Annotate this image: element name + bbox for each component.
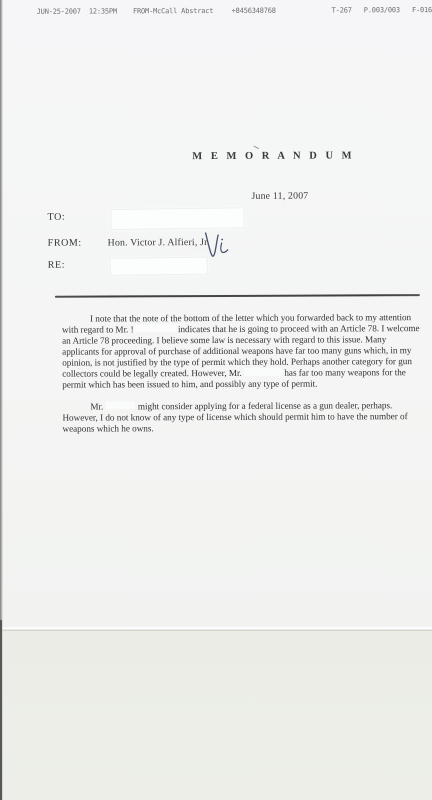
document-content: JUN-25-2007 12:35PM FROM-McCall Abstract… bbox=[0, 0, 432, 800]
body-paragraph-2: Mr. might consider applying for a federa… bbox=[62, 400, 422, 435]
redacted-name-inline bbox=[244, 368, 282, 376]
to-label: TO: bbox=[48, 212, 66, 223]
fax-job-page-codes: T-267 P.003/003 F-016 bbox=[332, 6, 432, 14]
memo-title: M E M O R A N D U M bbox=[192, 150, 354, 162]
horizontal-rule bbox=[55, 294, 420, 298]
redacted-name-inline bbox=[134, 324, 176, 332]
body-paragraph-1: I note that the note of the bottom of th… bbox=[62, 312, 422, 391]
fax-number: +8456348768 bbox=[232, 7, 276, 15]
redaction-box-re bbox=[110, 257, 208, 276]
from-value: Hon. Victor J. Alfieri, Jr. bbox=[108, 237, 210, 248]
memo-date: June 11, 2007 bbox=[251, 191, 308, 202]
scan-speck bbox=[253, 145, 259, 149]
fax-date-sender: JUN-25-2007 12:35PM FROM-McCall Abstract bbox=[37, 7, 214, 16]
from-label: FROM: bbox=[48, 238, 82, 249]
redaction-box-to bbox=[110, 207, 244, 230]
p2-text-a: Mr. bbox=[90, 401, 103, 411]
re-label: RE: bbox=[48, 260, 65, 271]
memo-body: I note that the note of the bottom of th… bbox=[62, 312, 423, 435]
scan-left-edge-dark bbox=[0, 620, 2, 800]
scanned-fax-page: JUN-25-2007 12:35PM FROM-McCall Abstract… bbox=[0, 0, 432, 800]
redacted-name-inline bbox=[106, 401, 136, 409]
fax-transmission-header: JUN-25-2007 12:35PM FROM-McCall Abstract… bbox=[0, 0, 431, 1]
